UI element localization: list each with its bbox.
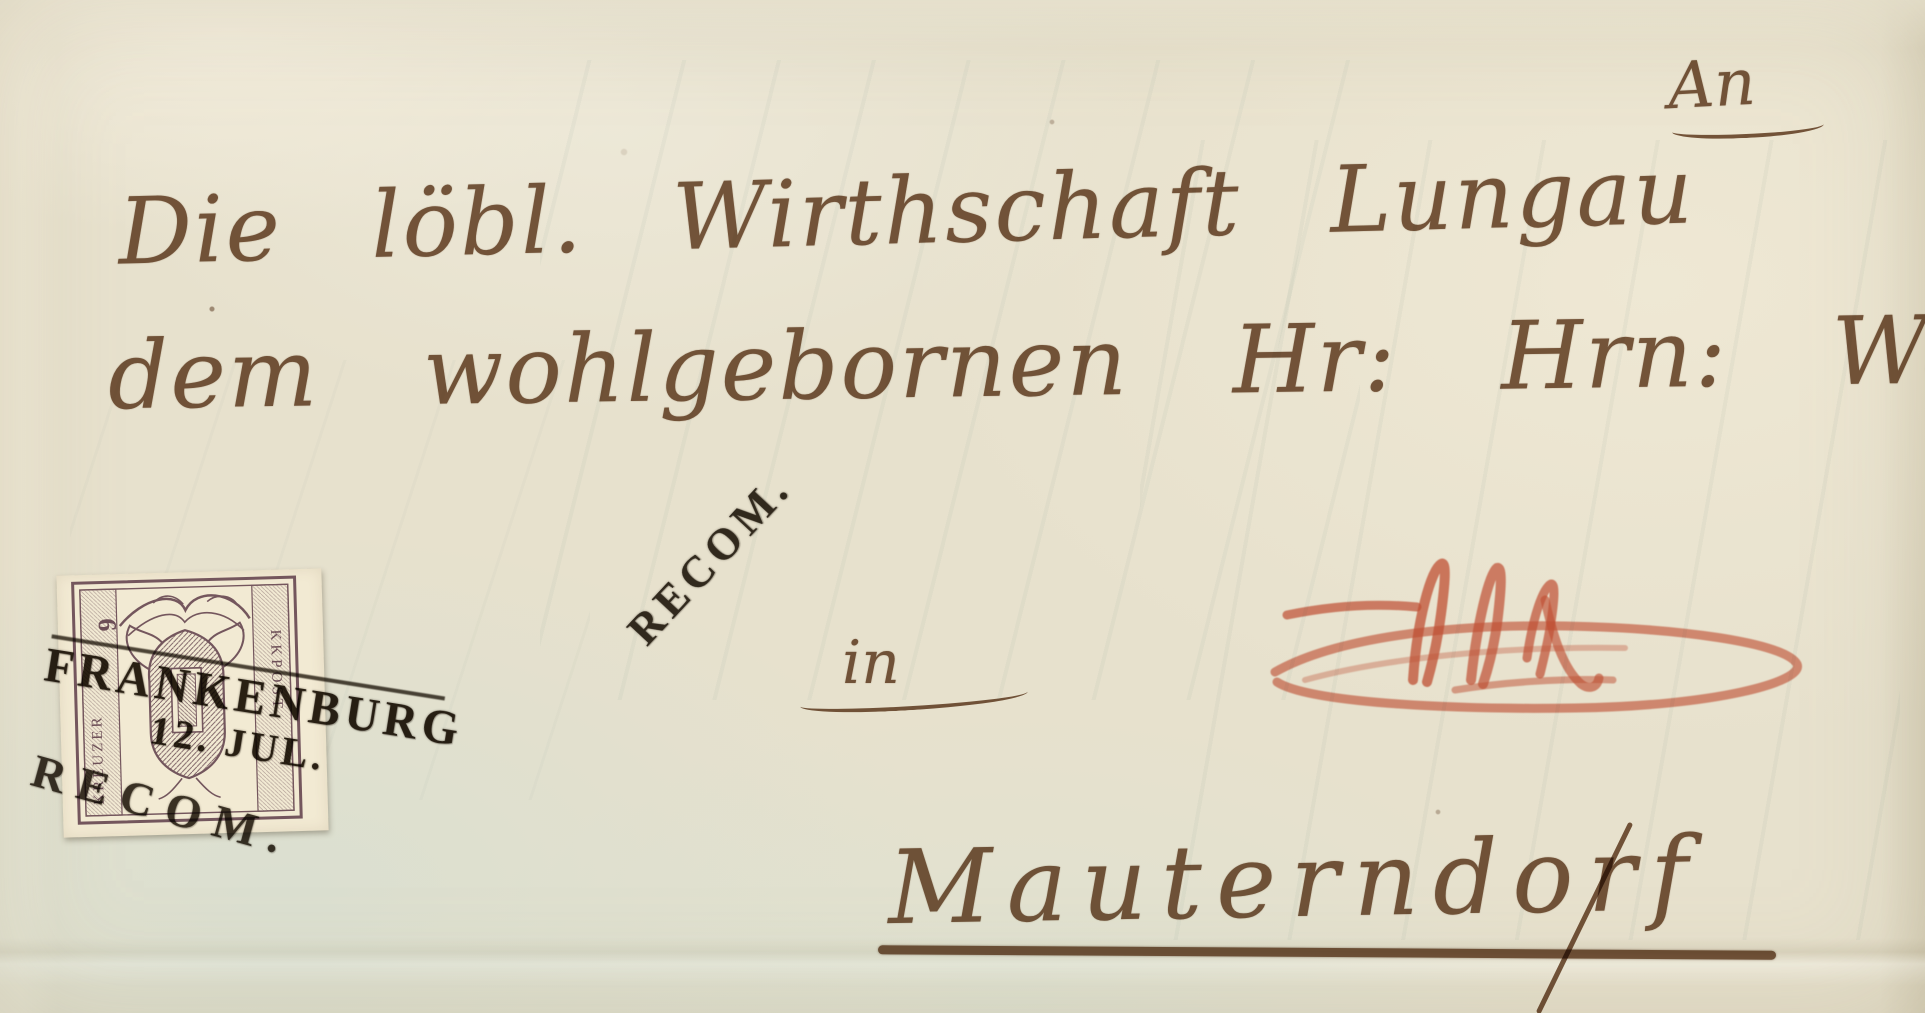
letter-cover: An Die löbl. Wirthschaft Lungau dem wohl… [0,0,1925,1013]
address-line-2: dem wohlgebornen Hr: Hrn: Waller [107,294,1925,431]
address-line-1: Die löbl. Wirthschaft Lungau [117,137,1696,285]
an-underline-flourish [1672,115,1825,140]
destination-underline [878,945,1776,959]
stamp-denomination: 6 [93,618,122,632]
red-crayon-mark [1245,540,1825,730]
recom-handstamp-diagonal: RECOM. [617,462,801,655]
preposition-in: in [842,628,900,698]
in-underline-flourish [800,682,1029,716]
handwritten-an: An [1666,46,1757,124]
